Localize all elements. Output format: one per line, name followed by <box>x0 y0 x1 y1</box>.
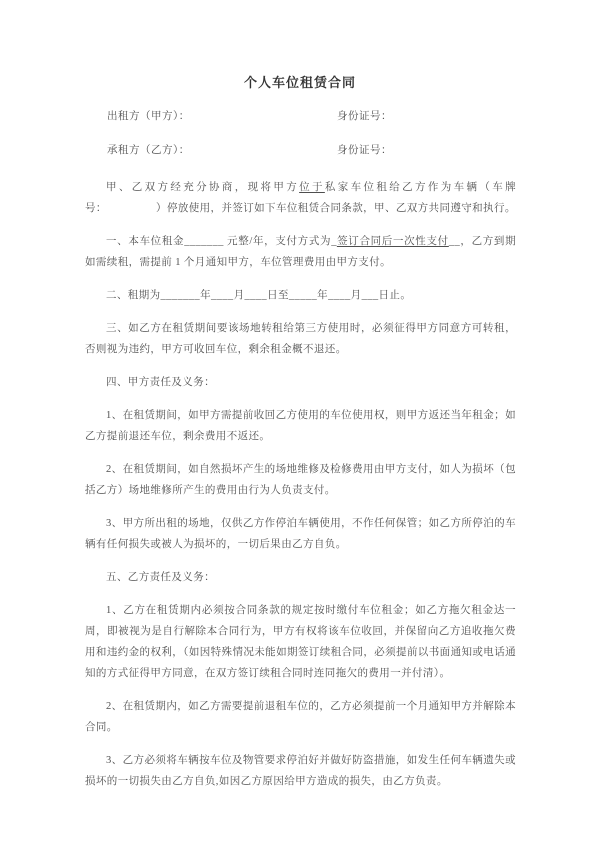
clause-text: 二、租期为 <box>106 290 161 301</box>
clause-text: 日至 <box>267 290 289 301</box>
clause-text: 甲、乙双方经充分协商，现将甲方 <box>106 182 299 193</box>
clause-text: 3、甲方所出租的场地，仅供乙方作停泊车辆使用，不作任何保管；如乙方所停泊的车辆有… <box>85 518 516 550</box>
clause-5-2: 2、在租赁期内，如乙方需要提前退租车位的，乙方必须提前一个月通知甲方并解除本合同… <box>85 696 516 738</box>
clause-5-1: 1、乙方在租赁期内必须按合同条款的规定按时缴付车位租金；如乙方拖欠租金达一周，即… <box>85 600 516 684</box>
lessee-id-label: 身份证号： <box>337 142 392 157</box>
lessor-label: 出租方（甲方）： <box>107 108 190 123</box>
clause-text: __ <box>449 236 460 247</box>
clause-4-2: 2、在租赁期间，如自然损坏产生的场地维修及检修费用由甲方支付，如人为损坏（包括乙… <box>85 459 516 501</box>
clause-text: 三、如乙方在租赁期间要该场地转租给第三方使用时，必须征得甲方同意方可转租，否则视… <box>85 323 516 355</box>
clause-text: ___ <box>362 290 379 301</box>
clause-4-1: 1、在租赁期间，如甲方需提前收回乙方使用的车位使用权，则甲方返还当年租金；如乙方… <box>85 405 516 447</box>
clause-text: 2、在租赁期内，如乙方需要提前退租车位的，乙方必须提前一个月通知甲方并解除本合同… <box>85 701 516 733</box>
clause-text: 1、在租赁期间，如甲方需提前收回乙方使用的车位使用权，则甲方返还当年租金；如乙方… <box>85 410 516 442</box>
clause-text: ____ <box>244 290 267 301</box>
filled-blank-text: 位于 <box>299 182 325 193</box>
clause-text: 2、在租赁期间，如自然损坏产生的场地维修及检修费用由甲方支付，如人为损坏（包括乙… <box>85 464 516 496</box>
clause-text: 一、本车位租金 <box>106 236 184 247</box>
party-row-lessor: 出租方（甲方）： 身份证号： <box>85 108 516 122</box>
clause-text: 日止。 <box>379 290 412 301</box>
filled-blank-text: 签订合同后一次性支付 <box>337 236 449 247</box>
lessee-label: 承租方（乙方）： <box>107 142 190 157</box>
clause-text: _______ <box>184 236 224 247</box>
clause-text: 1、乙方在租赁期内必须按合同条款的规定按时缴付车位租金；如乙方拖欠租金达一周，即… <box>85 605 516 679</box>
clause-4-heading-party-a-duties: 四、甲方责任及义务： <box>85 372 516 393</box>
clause-text: 3、乙方必须将车辆按车位及物管要求停泊好并做好防盗措施，如发生任何车辆遗失或损坏… <box>85 755 516 787</box>
clause-4-3: 3、甲方所出租的场地，仅供乙方作停泊车辆使用，不作任何保管；如乙方所停泊的车辆有… <box>85 513 516 555</box>
document-title: 个人车位租赁合同 <box>0 76 600 90</box>
clause-text: _____ <box>289 290 317 301</box>
clause-intro: 甲、乙双方经充分协商，现将甲方位于私家车位租给乙方作为车辆（车牌号： ）停放使用… <box>85 177 516 219</box>
clause-text: 年 <box>317 290 328 301</box>
clause-5-3: 3、乙方必须将车辆按车位及物管要求停泊好并做好防盗措施，如发生任何车辆遗失或损坏… <box>85 750 516 792</box>
party-row-lessee: 承租方（乙方）： 身份证号： <box>85 142 516 156</box>
clause-5-heading-party-b-duties: 五、乙方责任及义务： <box>85 567 516 588</box>
contract-body: 甲、乙双方经充分协商，现将甲方位于私家车位租给乙方作为车辆（车牌号： ）停放使用… <box>85 177 516 792</box>
clause-text: _______ <box>161 290 201 301</box>
clause-text: 四、甲方责任及义务： <box>106 377 215 388</box>
clause-text: ____ <box>211 290 234 301</box>
clause-1-rent: 一、本车位租金_______ 元整/年，支付方式为_签订合同后一次性支付__，乙… <box>85 231 516 273</box>
lessor-id-label: 身份证号： <box>337 108 392 123</box>
contract-document: 个人车位租赁合同 出租方（甲方）： 身份证号： 承租方（乙方）： 身份证号： 甲… <box>0 0 600 849</box>
clause-text: 五、乙方责任及义务： <box>106 572 215 583</box>
clause-3-sublease: 三、如乙方在租赁期间要该场地转租给第三方使用时，必须征得甲方同意方可转租，否则视… <box>85 318 516 360</box>
clause-text: 月 <box>234 290 245 301</box>
clause-text: 月 <box>351 290 362 301</box>
clause-text: 元整/年，支付方式为 <box>224 236 331 247</box>
clause-text: ____ <box>328 290 351 301</box>
clause-2-term: 二、租期为_______年____月____日至_____年____月___日止… <box>85 285 516 306</box>
clause-text: 年 <box>200 290 211 301</box>
